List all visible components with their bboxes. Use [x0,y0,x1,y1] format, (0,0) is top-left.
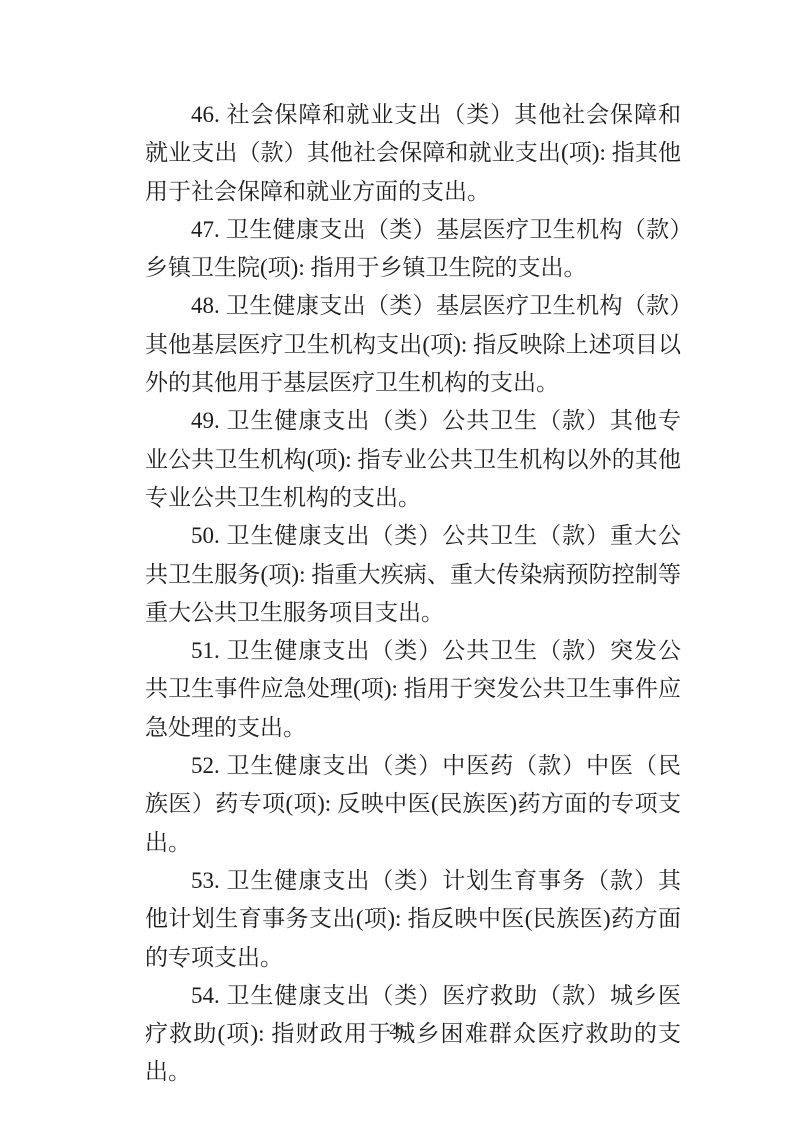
definition-item-52: 52. 卫生健康支出（类）中医药（款）中医（民族医）药专项(项): 反映中医(民… [145,747,681,862]
definition-item-47: 47. 卫生健康支出（类）基层医疗卫生机构（款）乡镇卫生院(项): 指用于乡镇卫… [145,211,681,288]
definition-item-50: 50. 卫生健康支出（类）公共卫生（款）重大公共卫生服务(项): 指重大疾病、重… [145,517,681,632]
document-body: 46. 社会保障和就业支出（类）其他社会保障和就业支出（款）其他社会保障和就业支… [145,96,681,1092]
definition-item-53: 53. 卫生健康支出（类）计划生育事务（款）其他计划生育事务支出(项): 指反映… [145,862,681,977]
definition-item-46: 46. 社会保障和就业支出（类）其他社会保障和就业支出（款）其他社会保障和就业支… [145,96,681,211]
definition-item-48: 48. 卫生健康支出（类）基层医疗卫生机构（款）其他基层医疗卫生机构支出(项):… [145,287,681,402]
definition-item-49: 49. 卫生健康支出（类）公共卫生（款）其他专业公共卫生机构(项): 指专业公共… [145,402,681,517]
definition-item-51: 51. 卫生健康支出（类）公共卫生（款）突发公共卫生事件应急处理(项): 指用于… [145,632,681,747]
document-page: 46. 社会保障和就业支出（类）其他社会保障和就业支出（款）其他社会保障和就业支… [0,0,793,1122]
page-number: 26 [0,1022,793,1039]
